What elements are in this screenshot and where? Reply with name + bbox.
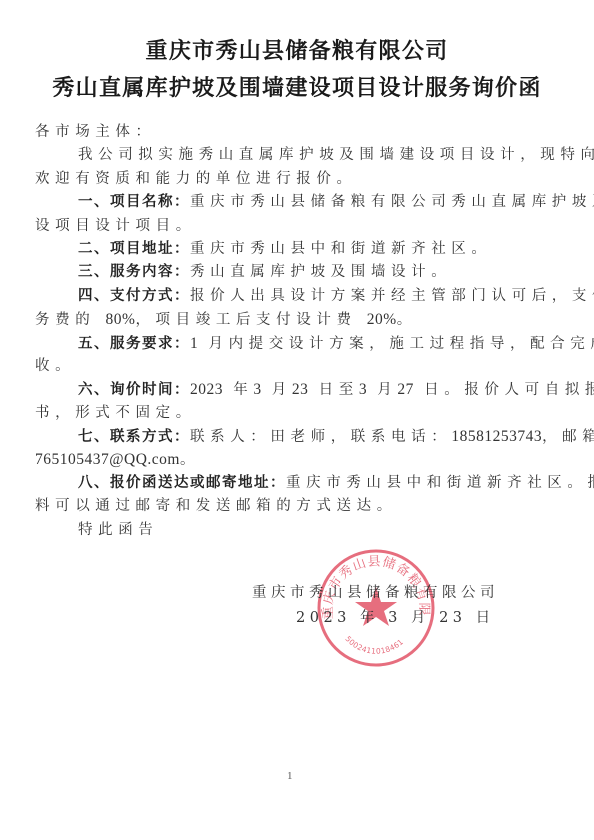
- section-1-cont: 设项目设计项目。: [35, 215, 557, 238]
- section-label: 五、服务要求：: [78, 336, 190, 352]
- section-label: 八、报价函送达或邮寄地址：: [78, 475, 286, 491]
- text: 务费的: [35, 312, 95, 328]
- number: 1: [190, 335, 198, 352]
- section-6: 六、询价时间：2023 年3 月23 日至3 月27 日。报价人可自拟报价文: [35, 378, 557, 401]
- day: 23: [292, 381, 309, 398]
- salutation: 各市场主体：: [35, 121, 557, 144]
- document-title-line2: 秀山直属库护坡及围墙建设项目设计服务询价函: [0, 71, 594, 102]
- section-text: 重庆市秀山县中和街道新齐社区。: [190, 241, 492, 257]
- text: 日至: [319, 382, 359, 398]
- signature-company: 重庆市秀山县储备粮有限公司: [252, 581, 594, 602]
- section-7-cont: 765105437@QQ.com。: [35, 448, 557, 471]
- section-2: 二、项目地址：重庆市秀山县中和街道新齐社区。: [35, 238, 557, 261]
- section-text: 秀山直属库护坡及围墙设计。: [190, 264, 451, 280]
- page-number: 1: [287, 770, 293, 782]
- section-4: 四、支付方式：报价人出具设计方案并经主管部门认可后，支付设计服: [35, 285, 557, 308]
- closing: 特此函告: [35, 519, 557, 542]
- intro-line1: 我公司拟实施秀山直属库护坡及围墙建设项目设计，现特向市场询价，: [35, 144, 557, 167]
- section-text: 报价人出具设计方案并经主管部门认可后，支付设计服: [190, 288, 594, 304]
- section-label: 一、项目名称：: [78, 194, 190, 210]
- section-text: 重庆市秀山县中和街道新齐社区。报价资: [286, 475, 594, 491]
- text: 。: [397, 312, 417, 328]
- intro-line2: 欢迎有资质和能力的单位进行报价。: [35, 168, 557, 191]
- section-label: 二、项目地址：: [78, 241, 190, 257]
- text: ，项目竣工后支付设计费: [135, 312, 356, 328]
- text: ，邮箱：: [542, 429, 594, 445]
- email-address[interactable]: 765105437@QQ.com: [35, 451, 180, 468]
- section-6-cont: 书，形式不固定。: [35, 402, 557, 425]
- text: 日。报价人可自拟报价文: [424, 382, 594, 398]
- section-label: 四、支付方式：: [78, 288, 190, 304]
- month: 3: [359, 381, 367, 398]
- percent-80: 80%: [106, 311, 136, 328]
- section-text: 重庆市秀山县储备粮有限公司秀山直属库护坡及围墙建: [190, 194, 594, 210]
- signature-date: 2023 年 3 月 23 日: [296, 606, 594, 627]
- section-text: 月内提交设计方案，施工过程指导，配合完成竣工验: [208, 336, 594, 352]
- month: 3: [253, 381, 261, 398]
- section-8-cont: 料可以通过邮寄和发送邮箱的方式送达。: [35, 495, 557, 518]
- section-1: 一、项目名称：重庆市秀山县储备粮有限公司秀山直属库护坡及围墙建: [35, 191, 557, 214]
- section-8: 八、报价函送达或邮寄地址：重庆市秀山县中和街道新齐社区。报价资: [35, 472, 557, 495]
- contact-person: 联系人：田老师，联系电话：: [190, 429, 451, 445]
- section-label: 三、服务内容：: [78, 264, 190, 280]
- seal-code: 5002411018461: [343, 634, 405, 656]
- text: 。: [180, 452, 200, 468]
- phone-number: 18581253743: [451, 428, 542, 445]
- svg-text:5002411018461: 5002411018461: [343, 634, 405, 656]
- section-5-cont: 收。: [35, 355, 557, 378]
- year: 2023: [190, 381, 223, 398]
- text: 月: [272, 382, 292, 398]
- section-7: 七、联系方式：联系人：田老师，联系电话：18581253743，邮箱：: [35, 425, 557, 448]
- percent-20: 20%: [367, 311, 397, 328]
- text: 年: [233, 382, 253, 398]
- section-label: 六、询价时间：: [78, 382, 190, 398]
- day: 27: [397, 381, 414, 398]
- text: 月: [377, 382, 397, 398]
- section-4-cont: 务费的 80%，项目竣工后支付设计费 20%。: [35, 308, 557, 331]
- section-3: 三、服务内容：秀山直属库护坡及围墙设计。: [35, 261, 557, 284]
- document-title-line1: 重庆市秀山县储备粮有限公司: [0, 34, 594, 65]
- section-5: 五、服务要求：1 月内提交设计方案，施工过程指导，配合完成竣工验: [35, 332, 557, 355]
- letter-body: 各市场主体： 我公司拟实施秀山直属库护坡及围墙建设项目设计，现特向市场询价， 欢…: [35, 121, 557, 542]
- section-label: 七、联系方式：: [78, 429, 190, 445]
